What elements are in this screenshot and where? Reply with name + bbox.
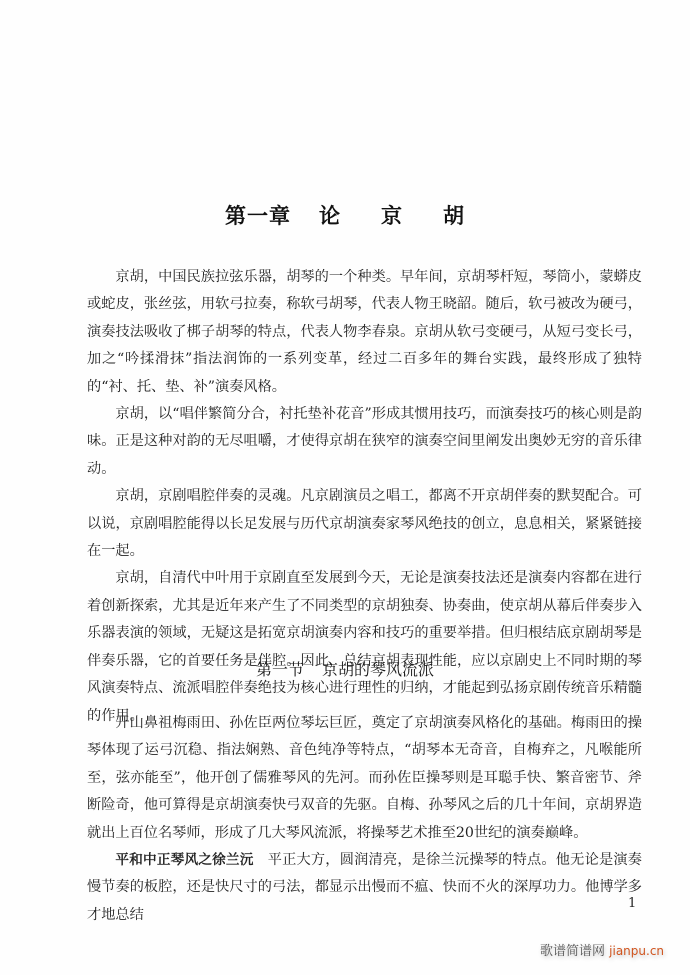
watermark-url: jianpu.cn [609,944,664,958]
paragraph-text: 开山鼻祖梅雨田、孙佐臣两位琴坛巨匠，奠定了京胡演奏风格化的基础。梅雨田的操琴体现… [87,715,642,841]
watermark: 歌谱简谱网 jianpu.cn [540,940,664,959]
paragraph: 平和中正琴风之徐兰沅 平正大方，圆润清亮，是徐兰沅操琴的特点。他无论是演奏慢节奏… [87,847,642,929]
watermark-text: 歌谱简谱网 [540,944,605,959]
paragraph: 京胡，中国民族拉弦乐器，胡琴的一个种类。早年间，京胡琴杆短，琴筒小，蒙蟒皮或蛇皮… [87,264,642,401]
section-title-text: 京胡的琴风流派 [322,660,434,679]
paragraph-lead-heading: 平和中正琴风之徐兰沅 [115,852,253,868]
chapter-title-word-3: 胡 [443,200,465,230]
chapter-prefix: 第一章 [225,200,291,230]
section-heading: 第一节京胡的琴风流派 [0,657,690,680]
paragraph: 京胡，以“唱伴繁简分合，衬托垫补花音”形成其惯用技巧，而演奏技巧的核心则是韵味。… [87,401,642,483]
chapter-title: 第一章论京胡 [0,200,690,230]
paragraph: 京胡，自清代中叶用于京剧直至发展到今天，无论是演奏技法还是演奏内容都在进行着创新… [87,565,642,729]
chapter-title-word-2: 京 [381,200,403,230]
page-number: 1 [628,896,636,911]
chapter-title-word-1: 论 [319,200,341,230]
paragraph: 开山鼻祖梅雨田、孙佐臣两位琴坛巨匠，奠定了京胡演奏风格化的基础。梅雨田的操琴体现… [87,710,642,847]
section-text: 开山鼻祖梅雨田、孙佐臣两位琴坛巨匠，奠定了京胡演奏风格化的基础。梅雨田的操琴体现… [87,710,642,929]
paragraph: 京胡，京剧唱腔伴奏的灵魂。凡京剧演员之唱工，都离不开京胡伴奏的默契配合。可以说，… [87,483,642,565]
document-page: 第一章论京胡 京胡，中国民族拉弦乐器，胡琴的一个种类。早年间，京胡琴杆短，琴筒小… [0,0,690,975]
section-number: 第一节 [256,660,304,679]
